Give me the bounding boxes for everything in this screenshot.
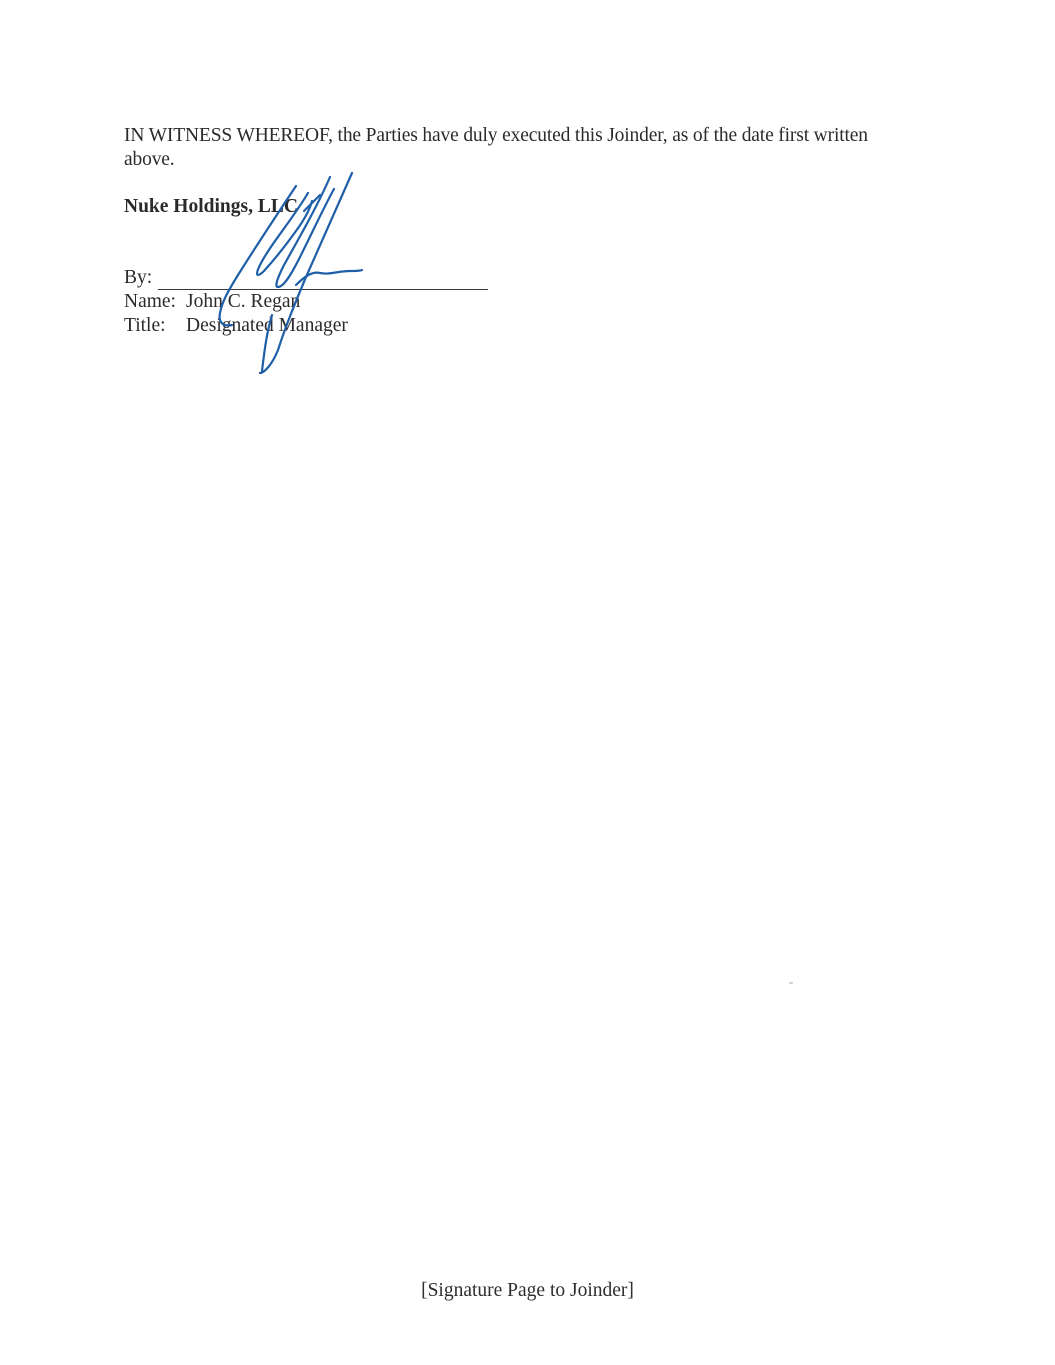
scan-speck — [789, 982, 793, 984]
title-row: Title:Designated Manager — [124, 314, 348, 338]
signature-line — [158, 271, 488, 290]
by-label: By: — [124, 266, 152, 290]
title-value: Designated Manager — [186, 315, 348, 336]
title-label: Title: — [124, 314, 186, 338]
witness-clause: IN WITNESS WHEREOF, the Parties have dul… — [124, 124, 884, 172]
name-row: Name:John C. Regan — [124, 290, 300, 314]
page-footer: [Signature Page to Joinder] — [0, 1279, 1055, 1303]
name-label: Name: — [124, 290, 186, 314]
name-value: John C. Regan — [186, 291, 300, 312]
company-name: Nuke Holdings, LLC — [124, 195, 298, 219]
document-page: IN WITNESS WHEREOF, the Parties have dul… — [0, 0, 1055, 1365]
by-signature-row: By: — [124, 266, 488, 290]
